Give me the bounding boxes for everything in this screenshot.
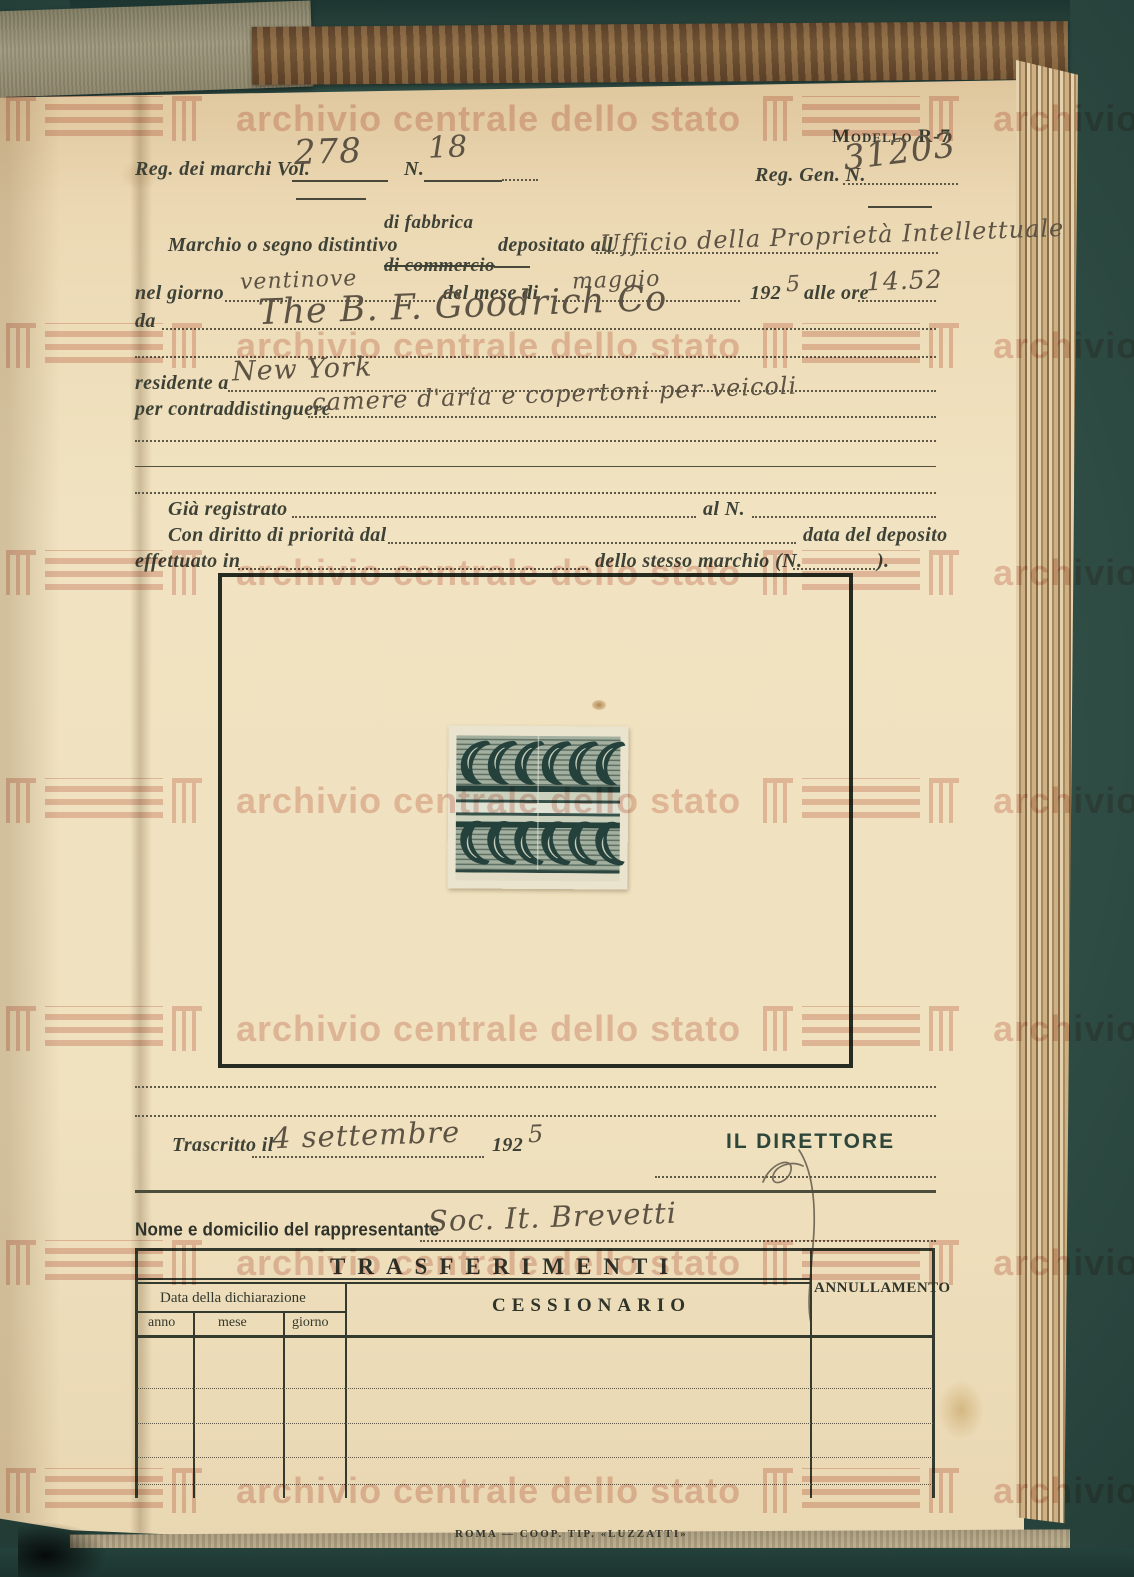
rule: [292, 180, 388, 182]
reg-marchi-label: Reg. dei marchi Vol.: [135, 158, 310, 181]
column-divider: [810, 1248, 812, 1498]
trascritto-anno-digit: 5: [528, 1120, 545, 1149]
stesso-marchio-close: ).: [877, 550, 889, 573]
column-divider: [283, 1311, 285, 1498]
table-row: [137, 1484, 933, 1485]
table-header-cessionario: CESSIONARIO: [492, 1295, 691, 1317]
trascritto-value: 4 settembre: [271, 1115, 460, 1156]
rule: [135, 1115, 936, 1117]
reg-marchi-vol-value: 278: [293, 131, 362, 173]
binding-tape: [252, 21, 1068, 85]
column-divider: [345, 1282, 347, 1498]
residente-label: residente a: [135, 372, 229, 395]
table-border-left: [135, 1248, 138, 1498]
rule: [135, 440, 936, 442]
trascritto-anno-printed: 192: [492, 1134, 523, 1157]
di-commercio-label: di commercio: [384, 255, 495, 277]
ora-value: 14.52: [866, 265, 944, 297]
anno-digit: 5: [786, 272, 802, 298]
rule: [137, 1311, 347, 1313]
effettuato-label: effettuato in: [135, 550, 240, 573]
table-header-annullamento: ANNULLAMENTO: [814, 1280, 951, 1297]
rule: [162, 328, 936, 330]
al-n-label: al N.: [703, 498, 745, 521]
rule: [388, 542, 796, 544]
di-fabbrica-label: di fabbrica: [384, 212, 473, 234]
rule: [655, 1176, 936, 1178]
rule: [868, 206, 932, 208]
director-signature: [735, 1140, 865, 1325]
strike-extension: [494, 266, 530, 268]
da-label: da: [135, 310, 156, 333]
register-scan: Modello R-7 Reg. dei marchi Vol. 278 N. …: [0, 0, 1134, 1577]
rule: [296, 198, 366, 200]
trademark-specimen-image: [447, 725, 628, 889]
nel-giorno-label: nel giorno: [135, 282, 224, 305]
rule: [135, 1190, 936, 1193]
rappresentante-label: Nome e domicilio del rappresentante: [135, 1219, 440, 1241]
rule: [252, 1156, 484, 1158]
table-header-mese: mese: [218, 1315, 247, 1331]
table-border-top: [137, 1248, 935, 1251]
rule: [135, 1086, 936, 1088]
anno-printed: 192: [750, 282, 781, 305]
rule: [502, 179, 538, 181]
rule: [137, 1278, 810, 1280]
table-row: [137, 1457, 933, 1458]
column-divider: [193, 1311, 195, 1498]
table-header-trasferimenti: TRASFERIMENTI: [330, 1254, 680, 1280]
corner-shadow: [18, 1522, 108, 1577]
table-header-data-dichiarazione: Data della dichiarazione: [160, 1290, 306, 1307]
rule: [843, 183, 958, 185]
table-header-anno: anno: [148, 1315, 175, 1331]
book-cover-bottom: [0, 1548, 1134, 1577]
stesso-marchio-label: dello stesso marchio (N.: [595, 550, 802, 573]
rule: [292, 516, 696, 518]
num-value: 18: [427, 129, 468, 165]
num-label: N.: [404, 158, 424, 181]
trascritto-label: Trascritto il: [172, 1134, 274, 1157]
gia-registrato-label: Già registrato: [168, 498, 288, 521]
rule: [137, 1282, 810, 1284]
marchio-label: Marchio o segno distintivo: [168, 234, 398, 257]
priorita-label: Con diritto di priorità dal: [168, 524, 387, 547]
page-stack-edge: [1016, 60, 1078, 1538]
rule: [308, 416, 936, 418]
table-row: [137, 1388, 933, 1389]
rule: [135, 492, 936, 494]
rule: [424, 180, 502, 182]
table-header-giorno: giorno: [292, 1315, 329, 1331]
rule: [858, 300, 936, 302]
table-row: [137, 1423, 933, 1424]
data-deposito-label: data del deposito: [803, 524, 948, 547]
rule: [596, 252, 938, 254]
rule: [137, 1335, 935, 1338]
rule: [793, 568, 875, 570]
rule: [238, 568, 588, 570]
rule: [135, 466, 936, 467]
rule: [420, 1240, 936, 1242]
rule: [752, 516, 936, 518]
printer-imprint: ROMA — COOP. TIP. «LUZZATTI»: [455, 1528, 688, 1540]
paper-stain: [938, 1380, 984, 1440]
contraddistinguere-label: per contraddistinguere: [135, 398, 331, 421]
residente-value: New York: [232, 352, 373, 388]
